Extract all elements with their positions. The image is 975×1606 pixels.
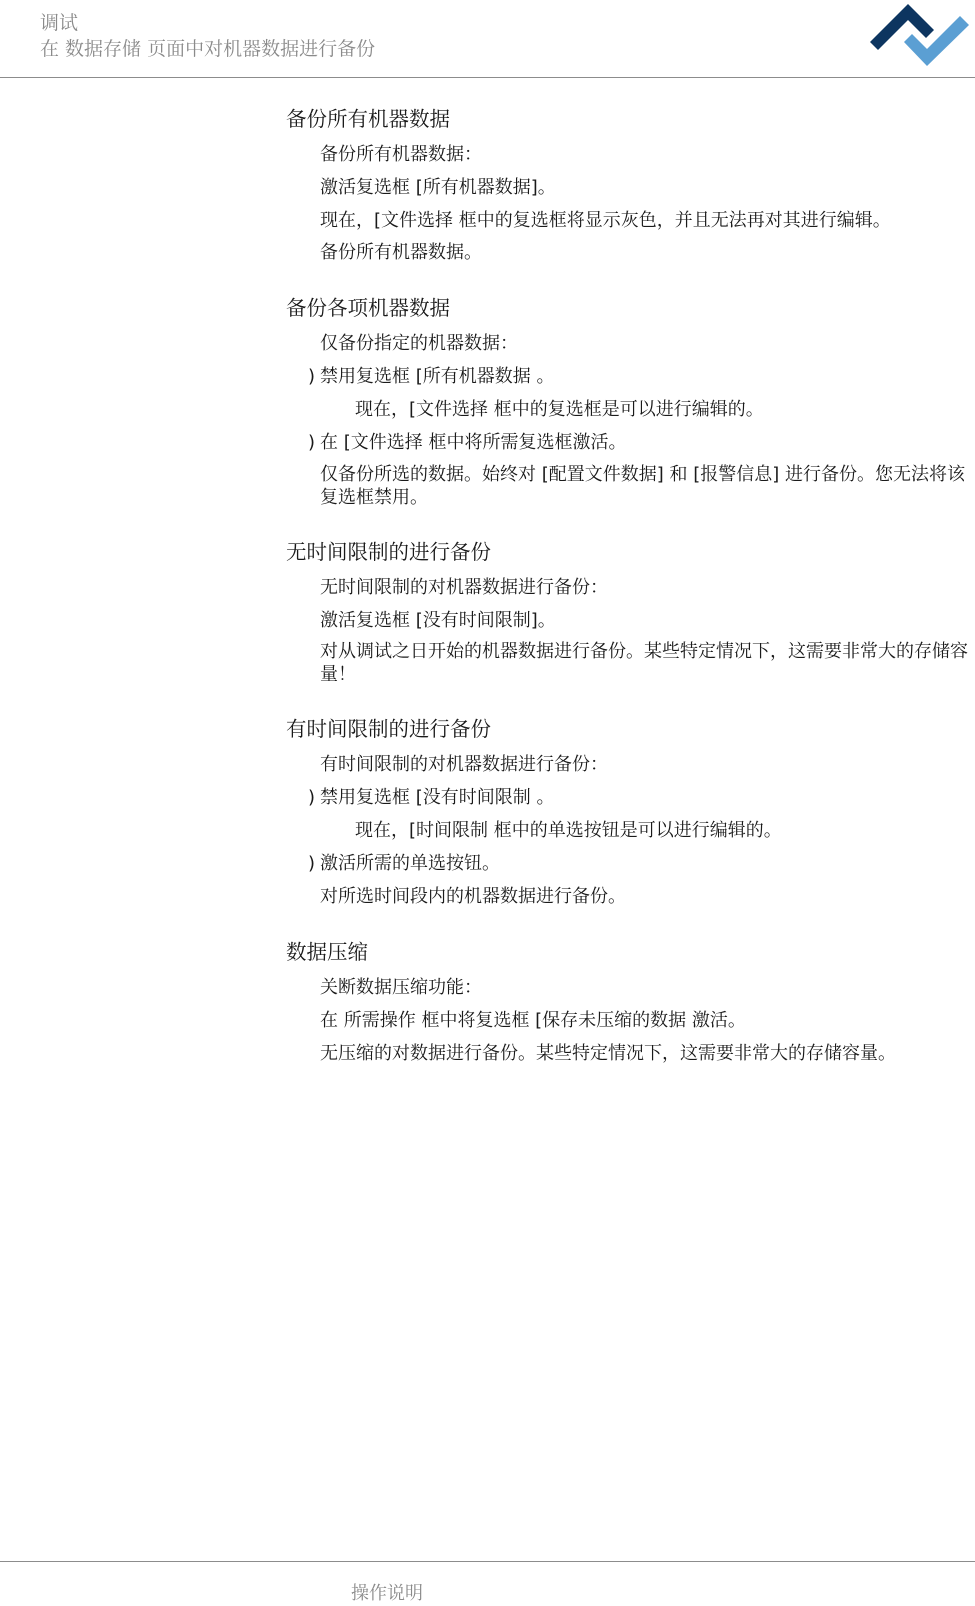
- instruction-step: )在 [文件选择 框中将所需复选框激活。: [308, 431, 626, 454]
- chapter-title: 调试: [40, 11, 78, 35]
- step-marker: ): [308, 431, 320, 454]
- section-title-backup-individual: 备份各项机器数据: [286, 295, 450, 321]
- step-text: 在 [文件选择 框中将所需复选框激活。: [320, 432, 626, 453]
- instruction-intro: 无时间限制的对机器数据进行备份：: [320, 576, 970, 599]
- instruction-result: 无压缩的对数据进行备份。某些特定情况下，这需要非常大的存储容量。: [320, 1042, 970, 1065]
- section-title-backup-unlimited: 无时间限制的进行备份: [286, 539, 491, 565]
- instruction-result: 备份所有机器数据。: [320, 241, 970, 264]
- instruction-result: 对所选时间段内的机器数据进行备份。: [320, 885, 970, 908]
- page-subtitle: 在 数据存储 页面中对机器数据进行备份: [40, 37, 375, 61]
- step-text: 激活所需的单选按钮。: [320, 853, 500, 874]
- instruction-result: 对从调试之日开始的机器数据进行备份。某些特定情况下，这需要非常大的存储容量！: [320, 640, 968, 686]
- step-text: 禁用复选框 [没有时间限制 。: [320, 787, 554, 808]
- section-title-backup-all: 备份所有机器数据: [286, 106, 450, 132]
- page-header: 调试 在 数据存储 页面中对机器数据进行备份: [0, 0, 975, 78]
- step-marker: ): [308, 786, 320, 809]
- instruction-intro: 有时间限制的对机器数据进行备份：: [320, 753, 970, 776]
- instruction-step: )激活所需的单选按钮。: [308, 852, 500, 875]
- instruction-step: )禁用复选框 [所有机器数据 。: [308, 365, 554, 388]
- step-marker: ): [308, 852, 320, 875]
- instruction-step: )禁用复选框 [没有时间限制 。: [308, 786, 554, 809]
- instruction-subresult: 现在，[文件选择 框中的复选框是可以进行编辑的。: [355, 398, 975, 421]
- instruction-intro: 仅备份指定的机器数据：: [320, 332, 970, 355]
- instruction-action: 激活复选框 [所有机器数据]。: [320, 176, 970, 199]
- instruction-result: 现在，[文件选择 框中的复选框将显示灰色，并且无法再对其进行编辑。: [320, 209, 970, 232]
- instruction-subresult: 现在，[时间限制 框中的单选按钮是可以进行编辑的。: [355, 819, 975, 842]
- section-title-backup-limited: 有时间限制的进行备份: [286, 716, 491, 742]
- instruction-result: 仅备份所选的数据。始终对 [配置文件数据] 和 [报警信息] 进行备份。您无法将…: [320, 463, 968, 509]
- step-text: 禁用复选框 [所有机器数据 。: [320, 366, 554, 387]
- instruction-action: 激活复选框 [没有时间限制]。: [320, 609, 970, 632]
- footer-label: 操作说明: [351, 1583, 423, 1605]
- instruction-action: 在 所需操作 框中将复选框 [保存未压缩的数据 激活。: [320, 1009, 970, 1032]
- footer-divider: [0, 1561, 975, 1562]
- instruction-intro: 备份所有机器数据：: [320, 143, 970, 166]
- section-title-data-compression: 数据压缩: [286, 939, 368, 965]
- instruction-intro: 关断数据压缩功能：: [320, 976, 970, 999]
- company-logo-icon: [870, 0, 975, 66]
- step-marker: ): [308, 365, 320, 388]
